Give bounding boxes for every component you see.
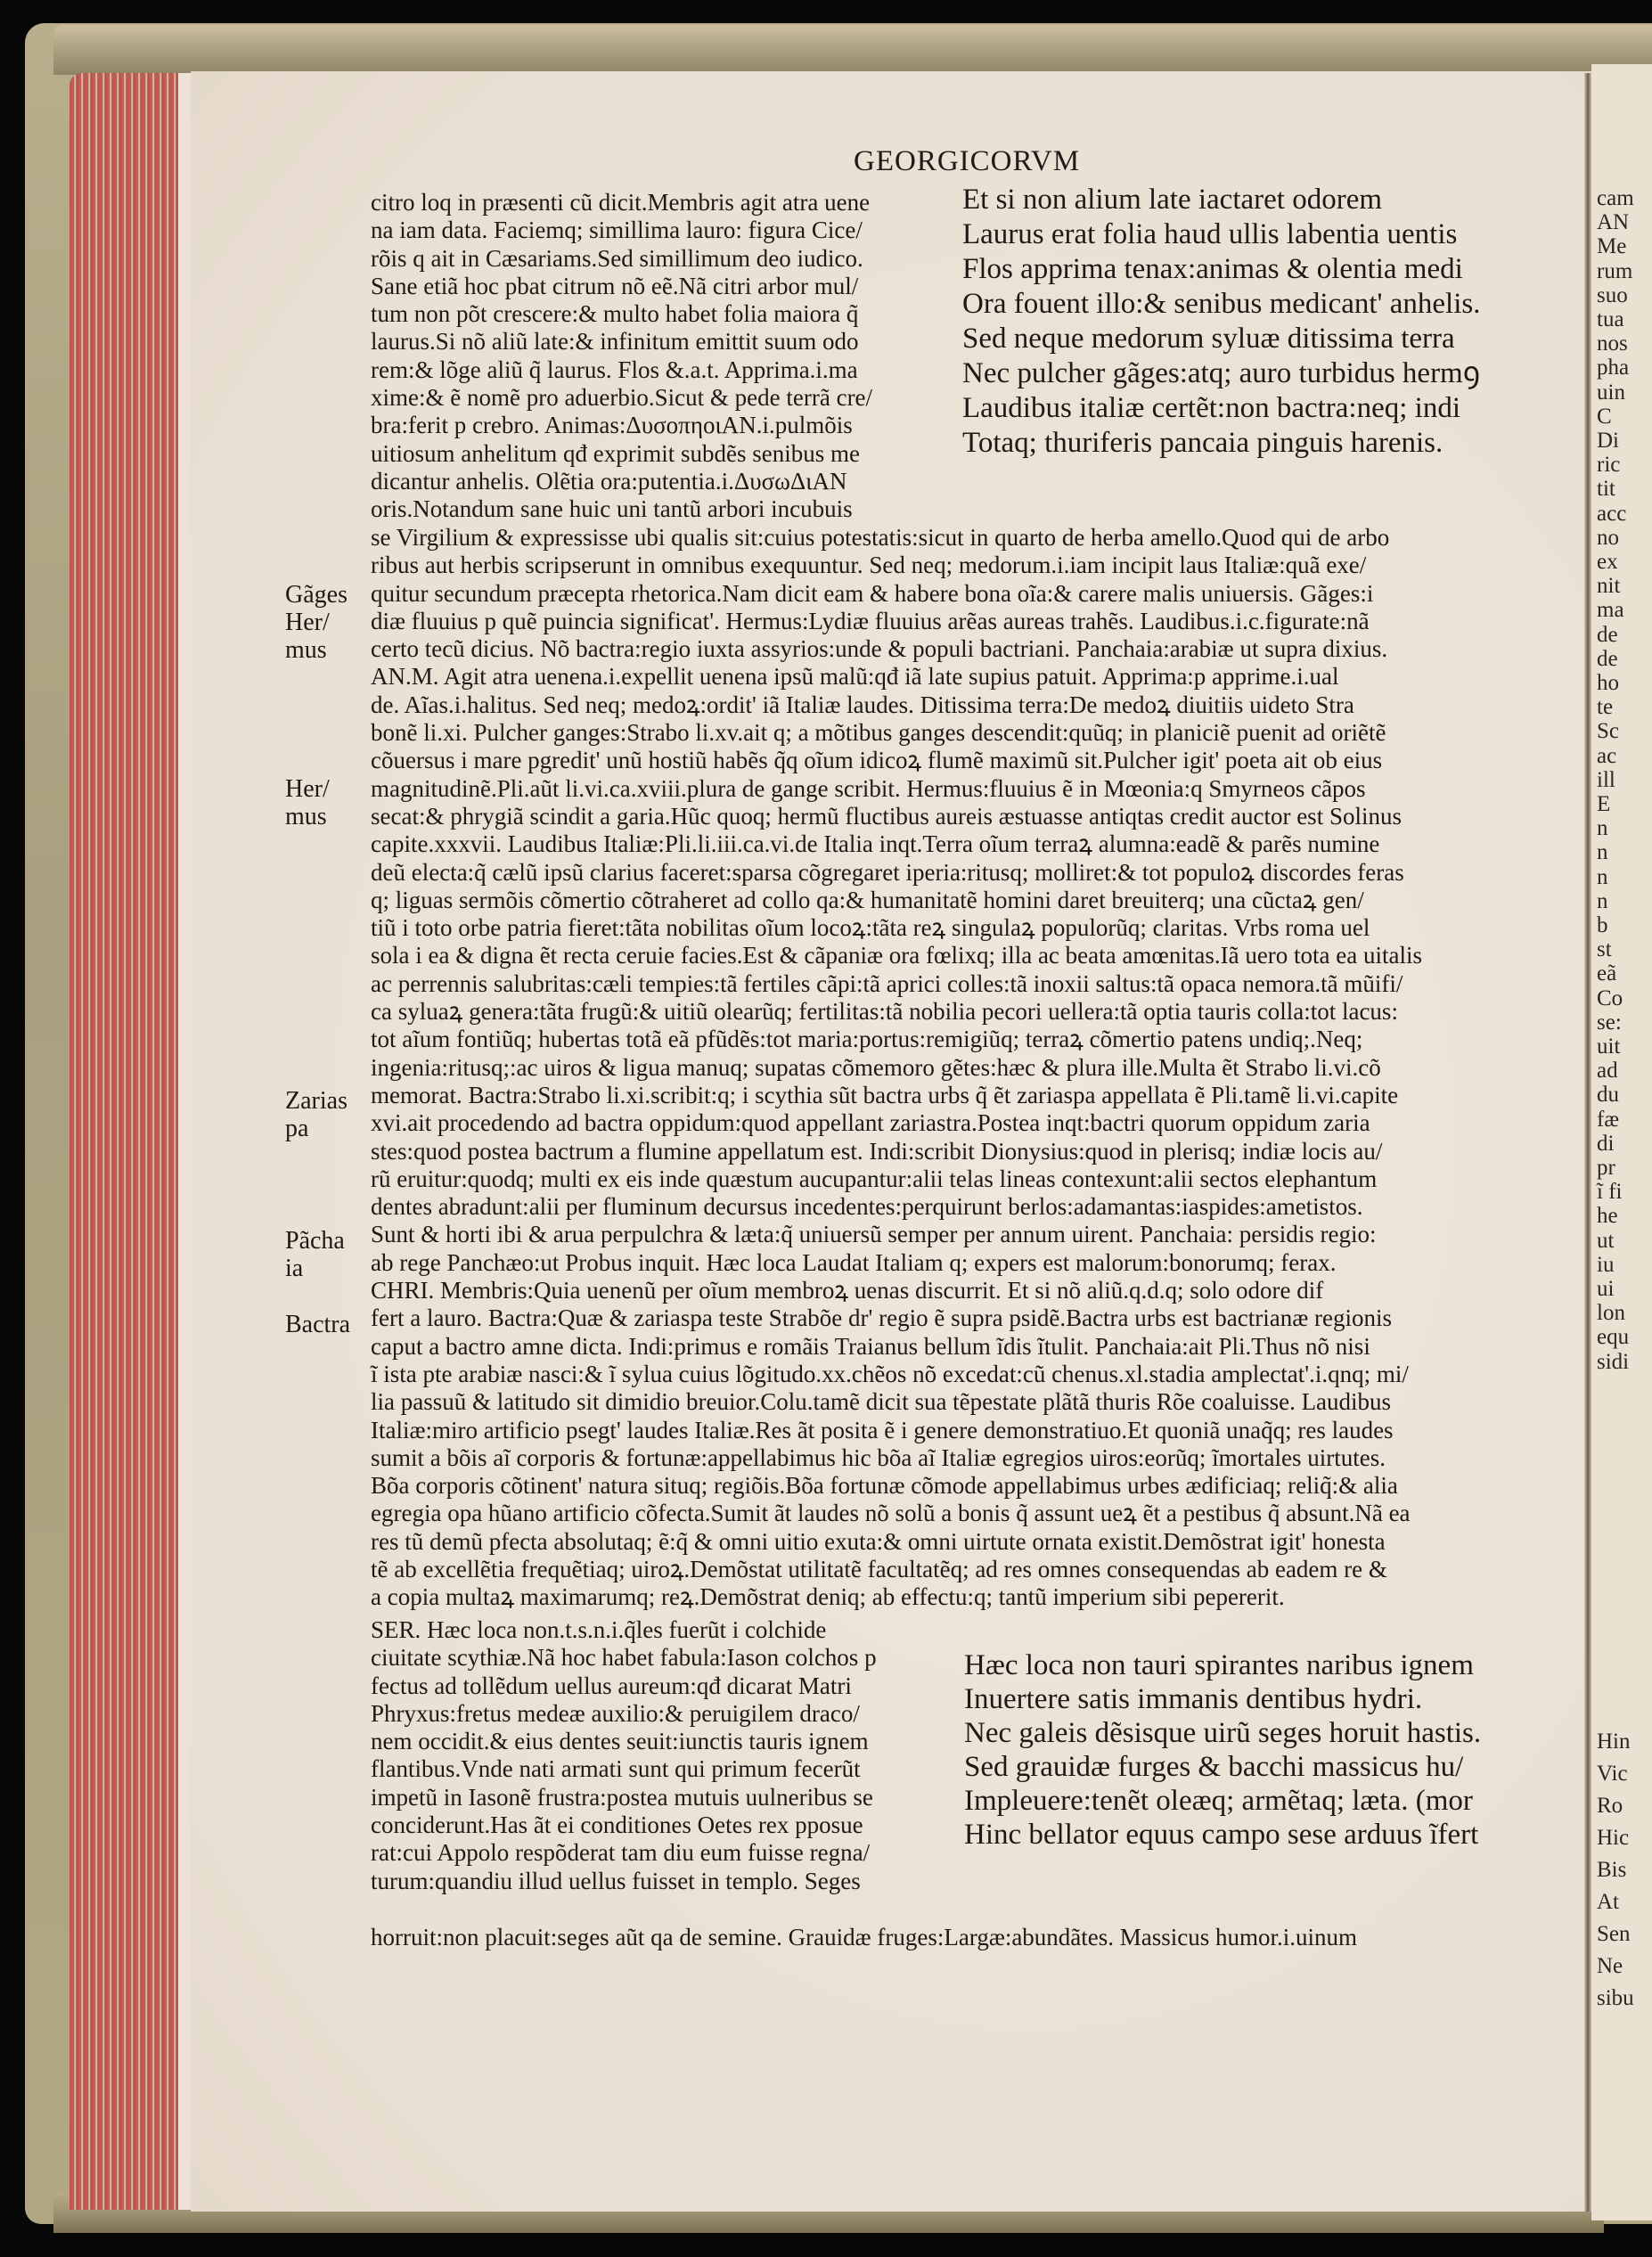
commentary-line: fert a lauro. Bactra:Quæ & zariaspa test…	[371, 1304, 1556, 1332]
marginal-note: mus	[285, 803, 327, 830]
marginal-note: Zarias	[285, 1087, 348, 1115]
commentary-line: sola i ea & digna ẽt recta ceruie facies…	[371, 942, 1556, 969]
facing-page-text: Hic	[1597, 1827, 1629, 1849]
commentary-bottom-block: SER. Hæc loca non.t.s.n.i.q̃les fuerũt i…	[371, 1616, 941, 1895]
verse-line: Nec galeis dẽsisque uirũ seges horuit ha…	[964, 1716, 1481, 1750]
facing-page-text: Hin	[1597, 1730, 1631, 1753]
commentary-line: conciderunt.Has ãt ei conditiones Oetes …	[371, 1811, 941, 1839]
facing-page-text: AN	[1597, 211, 1629, 233]
commentary-line: rat:cui Appolo respõderat tam diu eum fu…	[371, 1839, 941, 1867]
commentary-line: tum non põt crescere:& multo habet folia…	[371, 300, 941, 328]
facing-page-text: Co	[1597, 987, 1623, 1010]
marginal-note: Bactra	[285, 1311, 350, 1338]
verse-line: Hinc bellator equus campo sese arduus ĩf…	[964, 1818, 1481, 1852]
marginal-note: Her/	[285, 609, 330, 636]
commentary-line: stes:quod postea bactrum a flumine appel…	[371, 1138, 1556, 1165]
verse-line: Ora fouent illo:& senibus medicant' anhe…	[962, 287, 1480, 322]
binding-top-edge	[53, 25, 1652, 75]
commentary-line: quitur secundum præcepta rhetorica.Nam d…	[371, 580, 1556, 608]
facing-page-text: tua	[1597, 308, 1624, 331]
commentary-line: rõis q ait in Cæsariams.Sed simillimum d…	[371, 245, 941, 273]
facing-page-text: n	[1597, 841, 1608, 863]
commentary-line: deũ electa:q̃ cælũ ipsũ clarius faceret:…	[371, 859, 1556, 887]
facing-page-text: ric	[1597, 454, 1620, 476]
facing-page-text: sibu	[1597, 1987, 1634, 2009]
verse-line: Inuertere satis immanis dentibus hydri.	[964, 1682, 1481, 1716]
commentary-line: rũ eruitur:quodq; multi ex eis inde quæs…	[371, 1165, 1556, 1193]
commentary-line: lia passuũ & latitudo sit dimidio breuio…	[371, 1388, 1556, 1416]
commentary-line: tẽ ab excellẽtia frequẽtiaq; uiroꝝ.Demõs…	[371, 1556, 1556, 1583]
commentary-line: se Virgilium & expressisse ubi qualis si…	[371, 524, 1556, 552]
facing-page-text: equ	[1597, 1326, 1629, 1348]
facing-page-text: ui	[1597, 1278, 1614, 1300]
marginal-note: ia	[285, 1255, 303, 1282]
facing-page-text: Vic	[1597, 1762, 1628, 1785]
commentary-line: ribus aut herbis scripserunt in omnibus …	[371, 552, 1556, 579]
commentary-line: oris.Notandum sane huic uni tantũ arbori…	[371, 495, 941, 523]
facing-page-text: uin	[1597, 381, 1625, 404]
commentary-line: bonẽ li.xi. Pulcher ganges:Strabo li.xv.…	[371, 719, 1556, 747]
facing-page-text: ut	[1597, 1230, 1614, 1252]
facing-page-text: rum	[1597, 260, 1632, 282]
facing-page-text: eã	[1597, 962, 1616, 985]
facing-page-text: se:	[1597, 1011, 1622, 1034]
commentary-line: Phryxus:fretus medeæ auxilio:& peruigile…	[371, 1700, 941, 1728]
facing-page-text: de	[1597, 624, 1618, 646]
commentary-line: diæ fluuius p quẽ puincia significat'. H…	[371, 608, 1556, 635]
verse-line: Hæc loca non tauri spirantes naribus ign…	[964, 1648, 1481, 1682]
commentary-line: capite.xxxvii. Laudibus Italiæ:Pli.li.ii…	[371, 830, 1556, 858]
facing-page-text: lon	[1597, 1302, 1625, 1324]
commentary-line: AN.M. Agit atra uenena.i.expellit uenena…	[371, 663, 1556, 691]
verse-line: Totaq; thuriferis pancaia pinguis hareni…	[962, 426, 1480, 461]
commentary-line: citro loq in præsenti cũ dicit.Membris a…	[371, 189, 941, 217]
facing-page-text: n	[1597, 890, 1608, 912]
commentary-line: egregia opa hũano artificio cõfecta.Sumi…	[371, 1500, 1556, 1527]
facing-page-text: pr	[1597, 1157, 1615, 1179]
commentary-line: laurus.Si nõ aliũ late:& infinitum emitt…	[371, 328, 941, 356]
facing-page-text: fæ	[1597, 1108, 1619, 1131]
facing-page-text: n	[1597, 817, 1608, 839]
commentary-wide-block: se Virgilium & expressisse ubi qualis si…	[371, 524, 1556, 1612]
verse-top-block: Et si non alium late iactaret odoremLaur…	[962, 183, 1480, 461]
commentary-line: na iam data. Faciemq; simillima lauro: f…	[371, 217, 941, 244]
facing-page-fragment: camANMerumsuotuanosphauinCDirictitaccnoe…	[1591, 64, 1652, 2220]
facing-page-text: no	[1597, 527, 1619, 549]
commentary-line: ab rege Panchæo:ut Probus inquit. Hæc lo…	[371, 1249, 1556, 1277]
commentary-line: fectus ad tollẽdum uellus aureum:qđ dica…	[371, 1672, 941, 1700]
commentary-line: dicantur anhelis. Olẽtia ora:putentia.i.…	[371, 468, 941, 495]
facing-page-text: b	[1597, 914, 1608, 936]
verse-line: Et si non alium late iactaret odorem	[962, 183, 1480, 217]
facing-page-text: cam	[1597, 187, 1634, 209]
marginal-note: Her/	[285, 775, 330, 803]
commentary-line: a copia multaꝝ maximarumq; reꝝ.Demõstrat…	[371, 1583, 1556, 1611]
facing-page-text: C	[1597, 405, 1612, 428]
marginal-note: mus	[285, 636, 327, 664]
facing-page-text: Sc	[1597, 720, 1619, 742]
facing-page-text: de	[1597, 648, 1618, 670]
verse-line: Laudibus italiæ certẽt:non bactra:neq; i…	[962, 391, 1480, 426]
facing-page-text: ad	[1597, 1059, 1618, 1082]
commentary-line: sumit a bõis aĩ corporis & fortunæ:appel…	[371, 1444, 1556, 1472]
facing-page-text: sidi	[1597, 1351, 1629, 1373]
facing-page-text: di	[1597, 1133, 1614, 1155]
facing-page-text: nos	[1597, 332, 1628, 355]
facing-page-text: Sen	[1597, 1923, 1631, 1945]
verse-line: Sed grauidæ furges & bacchi massicus hu/	[964, 1750, 1481, 1784]
facing-page-text: te	[1597, 696, 1613, 718]
verse-line: Impleuere:tenẽt oleæq; armẽtaq; læta. (m…	[964, 1784, 1481, 1818]
facing-page-text: uit	[1597, 1035, 1620, 1058]
commentary-line: tot aĩum fontiũq; hubertas totã eã pfũdẽ…	[371, 1026, 1556, 1053]
facing-page-text: iu	[1597, 1254, 1614, 1276]
verse-line: Sed neque medorum syluæ ditissima terra	[962, 322, 1480, 356]
facing-page-text: ill	[1597, 769, 1615, 791]
commentary-line: res tũ demũ pfecta absolutaq; ẽ:q̃ & omn…	[371, 1528, 1556, 1556]
facing-page-text: nit	[1597, 575, 1620, 597]
commentary-line: caput a bactro amne dicta. Indi:primus e…	[371, 1333, 1556, 1361]
commentary-line: ingenia:ritusq;:ac uiros & ligua manuq; …	[371, 1054, 1556, 1082]
running-head: GEORGICORVM	[854, 145, 1080, 178]
commentary-line: de. Aĩas.i.halitus. Sed neq; medoꝝ:ordit…	[371, 691, 1556, 719]
commentary-line: Sunt & horti ibi & arua perpulchra & læt…	[371, 1221, 1556, 1248]
marginal-note: Pãcha	[285, 1227, 345, 1255]
facing-page-text: suo	[1597, 284, 1628, 307]
commentary-line: ca syluaꝝ genera:tãta frugũ:& uitiũ olea…	[371, 998, 1556, 1026]
facing-page-text: Ne	[1597, 1955, 1623, 1977]
facing-page-text: Me	[1597, 235, 1626, 258]
facing-page-text: E	[1597, 793, 1610, 815]
facing-page-text: ex	[1597, 551, 1618, 573]
facing-page-text: acc	[1597, 503, 1626, 525]
commentary-line: secat:& phrygiã scindit a garia.Hũc quoq…	[371, 803, 1556, 830]
commentary-line: impetũ in Iasonẽ frustra:postea mutuis u…	[371, 1784, 941, 1811]
commentary-line: Italiæ:miro artificio psegt' laudes Ital…	[371, 1417, 1556, 1444]
book-gutter	[1584, 73, 1591, 2212]
facing-page-text: he	[1597, 1205, 1618, 1227]
commentary-line: magnitudinẽ.Pli.aũt li.vi.ca.xviii.plura…	[371, 775, 1556, 803]
commentary-line: xime:& ẽ nomẽ pro aduerbio.Sicut & pede …	[371, 384, 941, 412]
commentary-line: xvi.ait procedendo ad bactra oppidum:quo…	[371, 1109, 1556, 1137]
marginal-note: pa	[285, 1115, 308, 1142]
last-line: horruit:non placuit:seges aũt qa de semi…	[371, 1924, 1357, 1951]
verse-line: Laurus erat folia haud ullis labentia ue…	[962, 217, 1480, 252]
red-page-edges	[70, 73, 194, 2210]
commentary-line: Bõa corporis cõtinent' natura situq; reg…	[371, 1472, 1556, 1500]
facing-page-text: ma	[1597, 599, 1624, 621]
commentary-line: rem:& lõge aliũ q̃ laurus. Flos &.a.t. A…	[371, 356, 941, 384]
commentary-line: tiũ i toto orbe patria fieret:tãta nobil…	[371, 914, 1556, 942]
facing-page-text: At	[1597, 1891, 1619, 1913]
commentary-line: dentes abradunt:alii per fluminum decurs…	[371, 1193, 1556, 1221]
facing-page-text: du	[1597, 1084, 1619, 1106]
facing-page-text: tit	[1597, 478, 1615, 500]
facing-page-text: ho	[1597, 672, 1619, 694]
commentary-line: SER. Hæc loca non.t.s.n.i.q̃les fuerũt i…	[371, 1616, 941, 1644]
commentary-line: flantibus.Vnde nati armati sunt qui prim…	[371, 1755, 941, 1783]
commentary-line: cõuersus i mare pgredit' unũ hostiũ habẽ…	[371, 747, 1556, 774]
verse-line: Flos apprima tenax:animas & olentia medi	[962, 252, 1480, 287]
commentary-line: ac perrennis salubritas:cæli tempies:tã …	[371, 970, 1556, 998]
verse-bottom-block: Hæc loca non tauri spirantes naribus ign…	[964, 1648, 1481, 1852]
facing-page-text: ac	[1597, 745, 1616, 767]
commentary-line: certo tecũ dicius. Nõ bactra:regio iuxta…	[371, 635, 1556, 663]
commentary-line: CHRI. Membris:Quia uenenũ per oĩum membr…	[371, 1277, 1556, 1304]
commentary-line: ciuitate scythiæ.Nã hoc habet fabula:Ias…	[371, 1644, 941, 1672]
commentary-line: nem occidit.& eius dentes seuit:iunctis …	[371, 1728, 941, 1755]
facing-page-text: Ro	[1597, 1795, 1623, 1817]
facing-page-text: n	[1597, 866, 1608, 888]
commentary-line: bra:ferit p crebro. Animas:ΔυσοπηοιΑΝ.i.…	[371, 412, 941, 439]
facing-page-text: Bis	[1597, 1859, 1626, 1881]
commentary-line: Sane etiã hoc pbat citrum nõ eẽ.Nã citri…	[371, 273, 941, 300]
facing-page-text: st	[1597, 938, 1612, 961]
facing-page-text: ĩ fi	[1597, 1181, 1622, 1203]
verse-line: Nec pulcher gãges:atq; auro turbidus her…	[962, 356, 1480, 391]
facing-page-text: pha	[1597, 356, 1629, 379]
facing-page-text: Di	[1597, 429, 1619, 452]
commentary-line: memorat. Bactra:Strabo li.xi.scribit:q; …	[371, 1082, 1556, 1109]
commentary-line: ĩ ista pte arabiæ nasci:& ĩ sylua cuius …	[371, 1361, 1556, 1388]
commentary-line: q; liguas sermõis cõmertio cõtraheret ad…	[371, 887, 1556, 914]
commentary-line: turum:quandiu illud uellus fuisset in te…	[371, 1868, 941, 1895]
marginal-note: Gãges	[285, 581, 348, 609]
commentary-top-block: citro loq in præsenti cũ dicit.Membris a…	[371, 189, 941, 524]
commentary-line: uitiosum anhelitum qđ exprimit subdẽs se…	[371, 440, 941, 468]
